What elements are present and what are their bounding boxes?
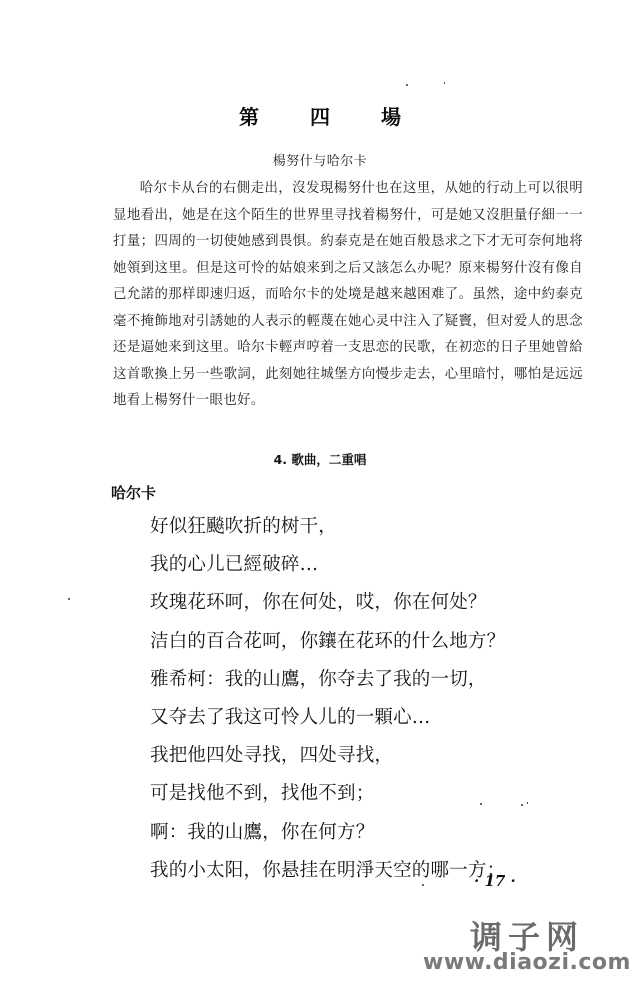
lyric-line: 好似狂飈吹折的树干， (150, 508, 600, 546)
scan-speck (68, 598, 70, 600)
page-number: · 17 · (474, 872, 516, 890)
scene-subtitle: 楊努什与哈尔卡 (0, 150, 640, 169)
lyrics-block: 好似狂飈吹折的树干， 我的心儿已經破碎… 玫瑰花环呵，你在何处，哎，你在何处？ … (150, 508, 600, 890)
lyric-line: 又夺去了我这可怜人儿的一顆心… (150, 699, 600, 737)
lyric-line: 我的小太阳，你悬挂在明淨天空的哪一方； (150, 852, 600, 890)
stage-direction: 哈尔卡从台的右側走出，沒发現楊努什也在这里，从她的行动上可以很明显地看出，她是在… (113, 176, 583, 415)
scan-speck (406, 84, 408, 86)
lyric-line: 我把他四处寻找，四处寻找， (150, 737, 600, 775)
lyric-line: 洁白的百合花呵，你鑲在花环的什么地方？ (150, 623, 600, 661)
speaker-name: 哈尔卡 (111, 482, 156, 503)
lyric-line: 雅希柯：我的山鷹，你夺去了我的一切， (150, 661, 600, 699)
lyric-line: 我的心儿已經破碎… (150, 546, 600, 584)
stage-direction-text: 哈尔卡从台的右側走出，沒发現楊努什也在这里，从她的行动上可以很明显地看出，她是在… (113, 176, 583, 415)
lyric-line: 可是找他不到，找他不到； (150, 775, 600, 813)
act-title: 第 四 場 (0, 101, 640, 130)
lyric-line: 啊：我的山鷹，你在何方？ (150, 814, 600, 852)
scanned-score-page: 第 四 場 楊努什与哈尔卡 哈尔卡从台的右側走出，沒发現楊努什也在这里，从她的行… (0, 0, 640, 987)
scan-speck (444, 82, 445, 84)
lyric-line: 玫瑰花环呵，你在何处，哎，你在何处？ (150, 584, 600, 622)
watermark-url: www.diaozi.com (423, 950, 631, 975)
song-heading: 4. 歌曲，二重唱 (0, 450, 640, 468)
